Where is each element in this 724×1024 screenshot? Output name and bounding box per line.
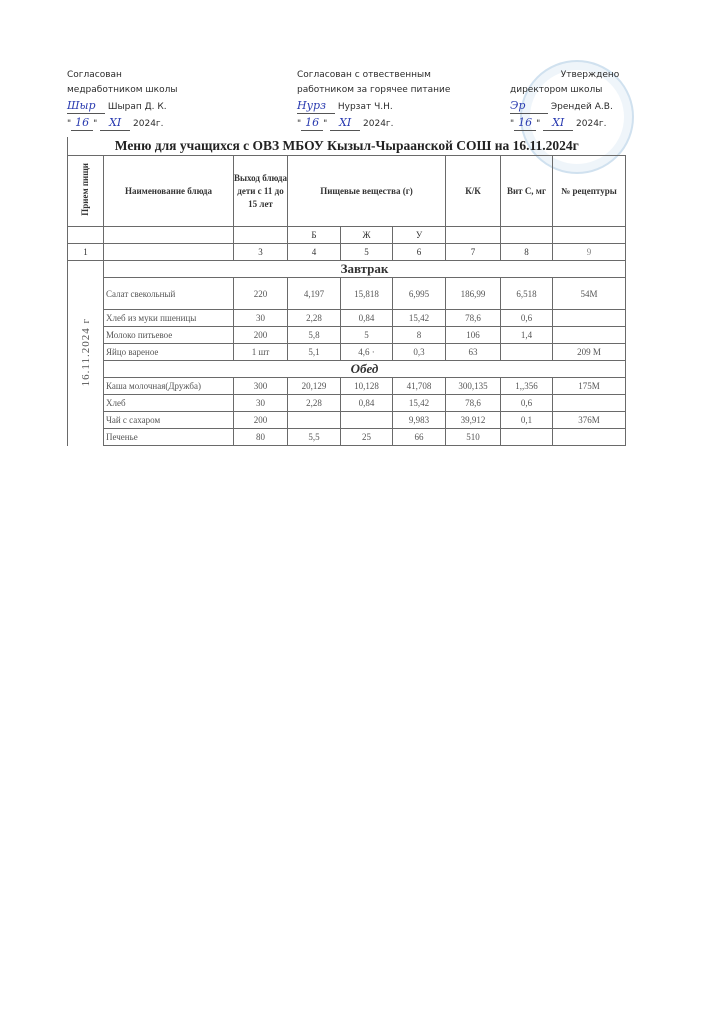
vitamin-c: 0,6 [501, 310, 553, 327]
signature: Эр [510, 98, 548, 114]
approval-month: XI [330, 115, 360, 131]
recipe-number [553, 395, 626, 412]
carbs: 8 [393, 327, 446, 344]
carbs: 15,42 [393, 395, 446, 412]
kcal: 186,99 [446, 278, 501, 310]
date-cell: 16.11.2024 г [68, 261, 104, 446]
column-number-row: 1 3 4 5 6 7 8 9 [68, 244, 626, 261]
kcal: 63 [446, 344, 501, 361]
header-nutrients: Пищевые вещества (г) [288, 156, 446, 227]
col-num: 3 [234, 244, 288, 261]
nutrient-subheader-row: Б Ж У [68, 227, 626, 244]
fat: 25 [341, 429, 393, 446]
col-num: 9 [553, 244, 626, 261]
dish-row: Хлеб из муки пшеницы302,280,8415,4278,60… [68, 310, 626, 327]
signature: Шыр [67, 98, 105, 114]
kcal: 106 [446, 327, 501, 344]
fat: 4,6 · [341, 344, 393, 361]
fat: 15,818 [341, 278, 393, 310]
section-title: Завтрак [104, 261, 626, 278]
approval-director: Утверждено директором школы Эр Эрендей А… [510, 68, 670, 132]
subheader-protein: Б [288, 227, 341, 244]
dish-row: Каша молочная(Дружба)30020,12910,12841,7… [68, 378, 626, 395]
signature: Нурз [297, 98, 335, 114]
carbs: 9,983 [393, 412, 446, 429]
protein: 5,1 [288, 344, 341, 361]
approval-role: медработником школы [67, 83, 177, 98]
dish-name: Чай с сахаром [104, 412, 234, 429]
menu-date: 16.11.2024 г [80, 318, 92, 386]
col-num: 5 [341, 244, 393, 261]
portion: 1 шт [234, 344, 288, 361]
section-title: Обед [104, 361, 626, 378]
portion: 200 [234, 412, 288, 429]
recipe-number [553, 429, 626, 446]
portion: 30 [234, 395, 288, 412]
carbs: 0,3 [393, 344, 446, 361]
approval-role: директором школы [510, 83, 670, 98]
approval-label: Утверждено [510, 68, 670, 83]
dish-name: Молоко питьевое [104, 327, 234, 344]
vitamin-c: 1,4 [501, 327, 553, 344]
recipe-number: 54М [553, 278, 626, 310]
dish-name: Хлеб из муки пшеницы [104, 310, 234, 327]
recipe-number: 175М [553, 378, 626, 395]
approval-year: 2024г. [576, 119, 607, 129]
col-num: 4 [288, 244, 341, 261]
signer-name: Эрендей А.В. [551, 102, 613, 112]
header-meal: Прием пищи [68, 156, 104, 227]
fat: 5 [341, 327, 393, 344]
fat: 10,128 [341, 378, 393, 395]
dish-name: Яйцо вареное [104, 344, 234, 361]
approval-role: работником за горячее питание [297, 83, 450, 98]
section-row: Обед [68, 361, 626, 378]
approval-year: 2024г. [363, 119, 394, 129]
protein [288, 412, 341, 429]
approval-day: 16 [301, 115, 323, 131]
header-recipe: № рецептуры [553, 156, 626, 227]
approval-month: XI [100, 115, 130, 131]
vitamin-c [501, 429, 553, 446]
portion: 300 [234, 378, 288, 395]
dish-name: Хлеб [104, 395, 234, 412]
approval-medical: Согласован медработником школы Шыр Шырап… [67, 68, 177, 132]
col-num: 8 [501, 244, 553, 261]
fat: 0,84 [341, 310, 393, 327]
header-portion: Выход блюда дети с 11 до 15 лет [234, 156, 288, 227]
fat: 0,84 [341, 395, 393, 412]
protein: 2,28 [288, 395, 341, 412]
signer-name: Шырап Д. К. [108, 102, 167, 112]
col-num [104, 244, 234, 261]
col-num: 7 [446, 244, 501, 261]
kcal: 39,912 [446, 412, 501, 429]
approval-year: 2024г. [133, 119, 164, 129]
subheader-fat: Ж [341, 227, 393, 244]
dish-row: Хлеб302,280,8415,4278,60,6 [68, 395, 626, 412]
portion: 220 [234, 278, 288, 310]
recipe-number [553, 310, 626, 327]
approval-month: XI [543, 115, 573, 131]
vitamin-c: 0,1 [501, 412, 553, 429]
protein: 5,5 [288, 429, 341, 446]
menu-table: Меню для учащихся с ОВЗ МБОУ Кызыл-Чыраа… [67, 137, 626, 446]
vitamin-c [501, 344, 553, 361]
kcal: 300,135 [446, 378, 501, 395]
dish-name: Салат свекольный [104, 278, 234, 310]
carbs: 15,42 [393, 310, 446, 327]
subheader-carbs: У [393, 227, 446, 244]
portion: 30 [234, 310, 288, 327]
portion: 80 [234, 429, 288, 446]
dish-row: Салат свекольный2204,19715,8186,995186,9… [68, 278, 626, 310]
kcal: 510 [446, 429, 501, 446]
recipe-number: 209 М [553, 344, 626, 361]
dish-name: Каша молочная(Дружба) [104, 378, 234, 395]
vitamin-c: 6,518 [501, 278, 553, 310]
col-num: 6 [393, 244, 446, 261]
kcal: 78,6 [446, 395, 501, 412]
kcal: 78,6 [446, 310, 501, 327]
approval-day: 16 [71, 115, 93, 131]
recipe-number [553, 327, 626, 344]
protein: 2,28 [288, 310, 341, 327]
dish-row: Молоко питьевое2005,8581061,4 [68, 327, 626, 344]
vitamin-c: 0,6 [501, 395, 553, 412]
approval-label: Согласован с отвественным [297, 68, 450, 83]
dish-row: Яйцо вареное1 шт5,14,6 ·0,363209 М [68, 344, 626, 361]
protein: 5,8 [288, 327, 341, 344]
dish-row: Чай с сахаром2009,98339,9120,1376М [68, 412, 626, 429]
carbs: 6,995 [393, 278, 446, 310]
approval-day: 16 [514, 115, 536, 131]
portion: 200 [234, 327, 288, 344]
header-row: Прием пищи Наименование блюда Выход блюд… [68, 156, 626, 227]
carbs: 66 [393, 429, 446, 446]
approval-food-service: Согласован с отвественным работником за … [297, 68, 450, 132]
header-dish: Наименование блюда [104, 156, 234, 227]
header-kcal: К/К [446, 156, 501, 227]
dish-name: Печенье [104, 429, 234, 446]
recipe-number: 376М [553, 412, 626, 429]
fat [341, 412, 393, 429]
protein: 4,197 [288, 278, 341, 310]
signer-name: Нурзат Ч.Н. [338, 102, 393, 112]
menu-title: Меню для учащихся с ОВЗ МБОУ Кызыл-Чыраа… [68, 137, 626, 156]
vitamin-c: 1,,356 [501, 378, 553, 395]
carbs: 41,708 [393, 378, 446, 395]
header-vitc: Вит С, мг [501, 156, 553, 227]
approval-label: Согласован [67, 68, 177, 83]
protein: 20,129 [288, 378, 341, 395]
col-num: 1 [68, 244, 104, 261]
dish-row: Печенье805,52566510 [68, 429, 626, 446]
section-row: 16.11.2024 гЗавтрак [68, 261, 626, 278]
